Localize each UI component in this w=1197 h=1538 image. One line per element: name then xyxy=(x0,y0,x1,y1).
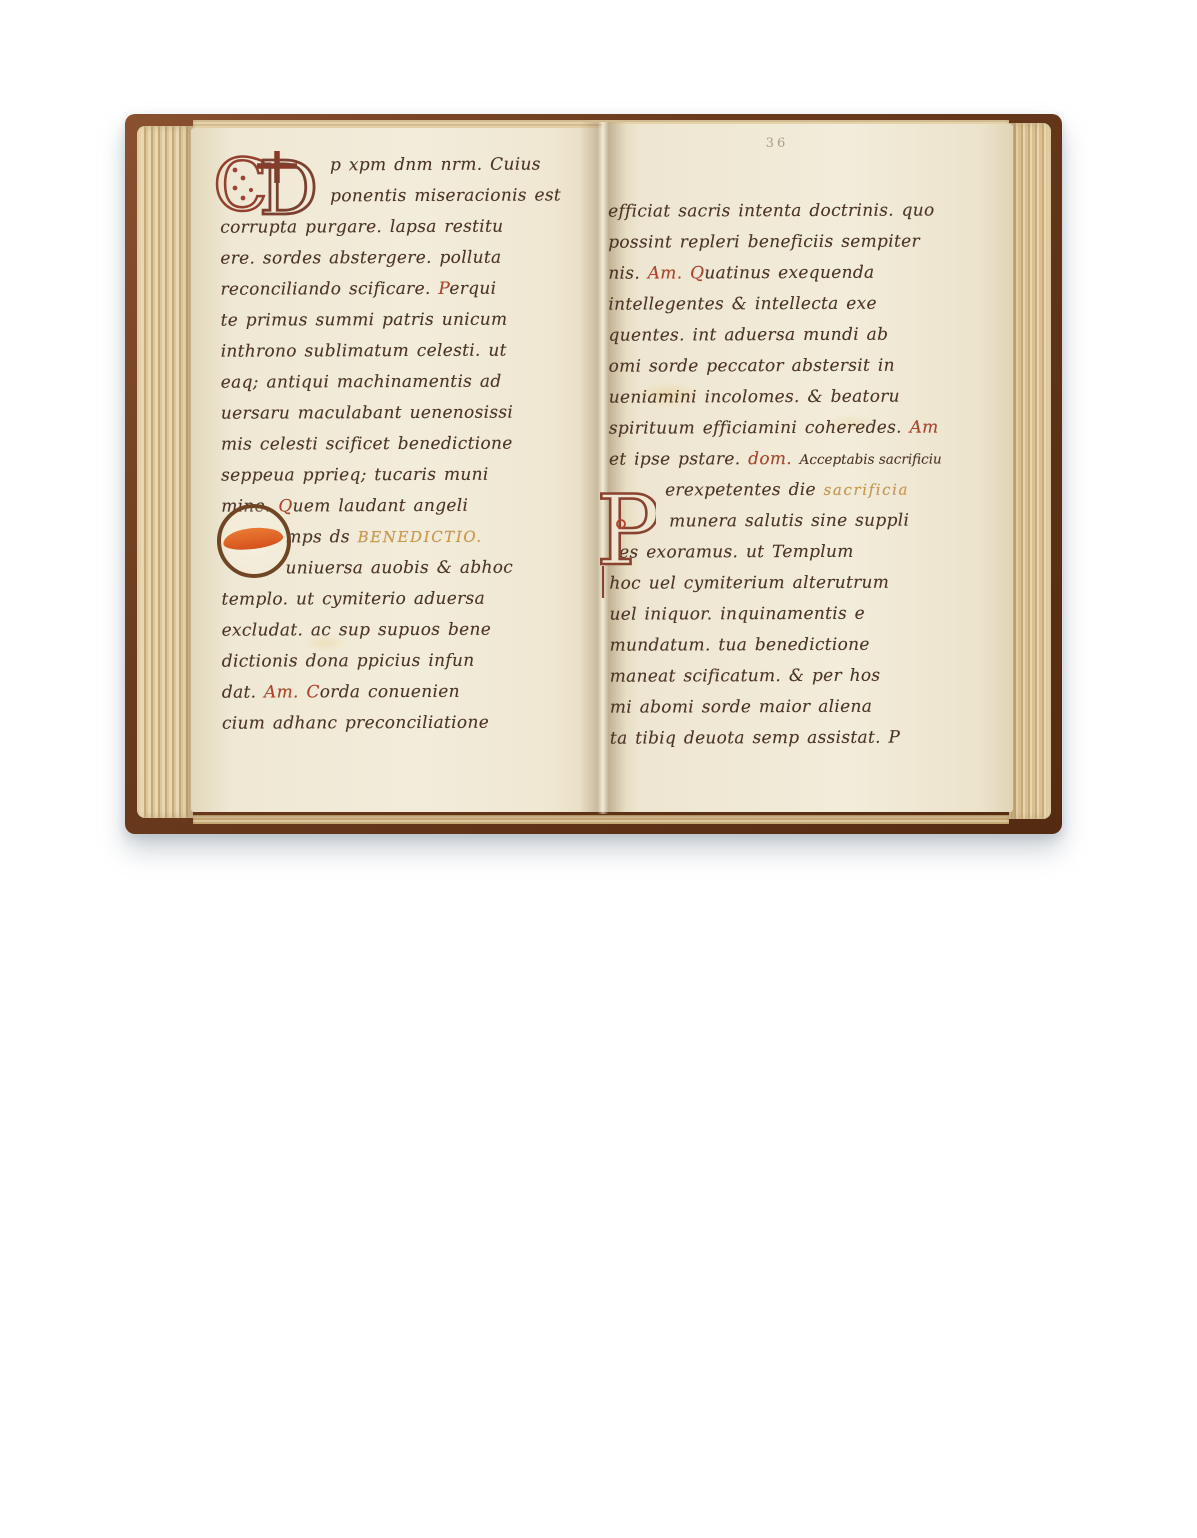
manuscript-text-line: possint repleri beneficiis sempiter xyxy=(608,226,986,258)
text-segment: eaq; antiqui machinamentis ad xyxy=(221,372,502,393)
manuscript-text-line: excludat. ac sup supuos bene xyxy=(222,614,594,646)
text-segment: cium adhanc preconciliatione xyxy=(222,713,489,734)
manuscript-text-line: ere. sordes abstergere. polluta xyxy=(220,242,592,274)
manuscript-text-line: te primus summi patris unicum xyxy=(221,304,593,336)
text-segment: mps ds xyxy=(285,527,357,547)
text-segment: ueniamini incolomes. & beatoru xyxy=(609,387,900,408)
text-segment: orda conuenien xyxy=(320,682,460,702)
text-segment: mis celesti scificet benedictione xyxy=(221,434,513,455)
text-segment: uersaru maculabant uenenosissi xyxy=(221,403,513,424)
text-segment: mundatum. tua benedictione xyxy=(610,635,870,656)
monogram-letter-d: D xyxy=(259,148,318,222)
text-segment: possint repleri beneficiis sempiter xyxy=(608,232,920,253)
manuscript-text-line: mi abomi sorde maior aliena xyxy=(610,691,988,723)
text-segment: Q xyxy=(278,496,292,516)
manuscript-text-line: maneat scificatum. & per hos xyxy=(610,660,988,692)
text-segment: omi sorde peccator abstersit in xyxy=(609,356,895,377)
text-segment: seppeua pprieq; tucaris muni xyxy=(221,465,489,486)
text-segment: Q xyxy=(690,263,704,283)
text-segment: p xpm dnm nrm. Cuius xyxy=(330,155,541,176)
text-segment: mi abomi sorde maior aliena xyxy=(610,697,872,718)
text-segment: ta tibiq deuota semp assistat. P xyxy=(610,728,900,749)
manuscript-text-line: spirituum efficiamini coheredes. Am xyxy=(609,412,987,444)
text-segment: maneat scificatum. & per hos xyxy=(610,666,881,687)
text-segment: sacrificia xyxy=(824,481,910,499)
initial-p-letter: P xyxy=(596,484,656,587)
folio-number: 36 xyxy=(737,136,817,151)
manuscript-text-line: ces exoramus. ut Templum xyxy=(609,536,987,568)
manuscript-text-line: dictionis dona ppicius infun xyxy=(222,645,594,677)
manuscript-text-line: efficiat sacris intenta doctrinis. quo xyxy=(608,195,986,227)
text-segment: spirituum efficiamini coheredes. xyxy=(609,418,910,439)
right-page-text: efficiat sacris intenta doctrinis. quopo… xyxy=(608,195,988,754)
decorated-initial-monogram: C D xyxy=(213,148,335,222)
text-segment: reconciliando scificare. xyxy=(220,279,438,300)
text-segment: dat. xyxy=(222,683,264,703)
text-segment: munera salutis sine suppli xyxy=(669,511,909,532)
text-segment: uem laudant angeli xyxy=(293,496,469,517)
text-segment: dom. xyxy=(748,449,800,469)
text-segment: et ipse pstare. xyxy=(609,449,748,469)
text-segment: uniuersa auobis & abhoc xyxy=(285,558,513,579)
manuscript-text-line: ta tibiq deuota semp assistat. P xyxy=(610,722,988,754)
manuscript-text-line: et ipse pstare. dom. Acceptabis sacrific… xyxy=(609,443,987,475)
text-segment: Acceptabis sacrificiu xyxy=(800,451,942,467)
photo-canvas: 36 p xpm dnm nrm. Cuiusponentis miseraci… xyxy=(0,0,1197,1538)
manuscript-text-line: cium adhanc preconciliatione xyxy=(222,707,594,739)
manuscript-text-line: templo. ut cymiterio aduersa xyxy=(221,583,593,615)
text-segment: BENEDICTIO. xyxy=(358,528,483,546)
text-segment: excludat. ac sup supuos bene xyxy=(222,620,492,641)
orange-brush-stroke xyxy=(222,524,284,552)
manuscript-text-line: munera salutis sine suppli xyxy=(609,505,987,537)
manuscript-text-line: mis celesti scificet benedictione xyxy=(221,428,593,460)
manuscript-text-line: mundatum. tua benedictione xyxy=(610,629,988,661)
text-segment: nis. xyxy=(608,264,647,284)
text-segment: erexpetentes die xyxy=(665,480,824,501)
text-segment: efficiat sacris intenta doctrinis. quo xyxy=(608,201,935,222)
text-segment: te primus summi patris unicum xyxy=(221,310,508,331)
initial-p-drawing: P xyxy=(594,484,656,604)
text-segment: templo. ut cymiterio aduersa xyxy=(222,589,486,610)
text-segment: dictionis dona ppicius infun xyxy=(222,651,475,672)
text-segment: inthrono sublimatum celesti. ut xyxy=(221,341,507,362)
text-segment: intellegentes & intellecta exe xyxy=(608,294,877,315)
manuscript-text-line: intellegentes & intellecta exe xyxy=(608,288,986,320)
text-segment: quentes. int aduersa mundi ab xyxy=(608,325,888,346)
manuscript-text-line: eaq; antiqui machinamentis ad xyxy=(221,366,593,398)
decorated-initial-p: P xyxy=(594,484,656,604)
manuscript-text-line: uersaru maculabant uenenosissi xyxy=(221,397,593,429)
text-segment: Am. xyxy=(264,682,306,702)
text-segment: ponentis miseracionis est xyxy=(330,185,561,206)
fore-edge-left xyxy=(137,126,193,818)
manuscript-text-line: quentes. int aduersa mundi ab xyxy=(608,319,986,351)
fore-edge-right xyxy=(1009,123,1051,819)
manuscript-text-line: omi sorde peccator abstersit in xyxy=(609,350,987,382)
manuscript-text-line: inthrono sublimatum celesti. ut xyxy=(221,335,593,367)
text-segment: P xyxy=(438,279,449,299)
manuscript-text-line: ueniamini incolomes. & beatoru xyxy=(609,381,987,413)
text-segment: uatinus exequenda xyxy=(704,263,874,284)
text-segment: Am xyxy=(910,418,939,438)
text-segment: Am. xyxy=(648,263,690,283)
manuscript-text-line: nis. Am. Quatinus exequenda xyxy=(608,257,986,289)
left-page-text: p xpm dnm nrm. Cuiusponentis miseracioni… xyxy=(220,149,594,739)
text-segment: erqui xyxy=(449,279,496,299)
manuscript-text-line: dat. Am. Corda conuenien xyxy=(222,676,594,708)
manuscript-text-line: reconciliando scificare. Perqui xyxy=(220,273,592,305)
manuscript-text-line: hoc uel cymiterium alterutrum xyxy=(609,567,987,599)
manuscript-text-line: erexpetentes die sacrificia xyxy=(609,474,987,506)
text-segment: uel iniquor. inquinamentis e xyxy=(609,604,865,625)
manuscript-book: 36 p xpm dnm nrm. Cuiusponentis miseraci… xyxy=(125,114,1062,834)
monogram-drawing: C D xyxy=(213,148,335,222)
decorated-initial-o xyxy=(217,504,291,578)
text-segment: ere. sordes abstergere. polluta xyxy=(220,248,501,269)
manuscript-text-line: uel iniquor. inquinamentis e xyxy=(609,598,987,630)
manuscript-text-line: seppeua pprieq; tucaris muni xyxy=(221,459,593,491)
text-segment: C xyxy=(306,682,319,702)
page-edge-bottom xyxy=(193,815,1009,824)
